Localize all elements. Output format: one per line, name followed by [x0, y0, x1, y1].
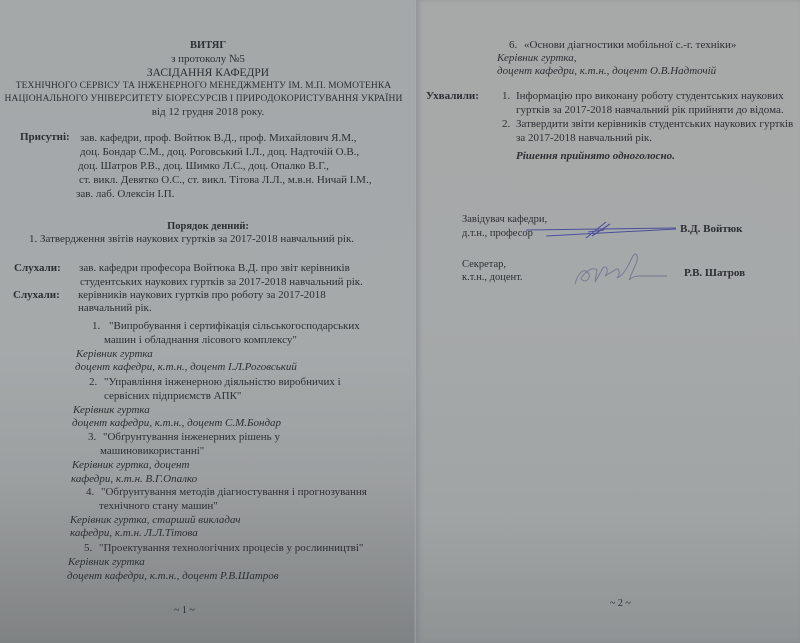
page-2: 6. «Основи діагностики мобільної с.-г. т… [416, 0, 800, 643]
heard-line: навчальний рік. [78, 302, 152, 315]
signatory-role: Секретар, [462, 258, 506, 271]
signatory-name: В.Д. Войтюк [680, 223, 742, 236]
heard-label: Слухали: [14, 262, 61, 274]
agenda-item: 1. Затвердження звітів наукових гуртків … [29, 233, 354, 246]
circle-title: технічного стану машин" [99, 500, 218, 513]
resolved-text: гуртків за 2017-2018 навчальний рік прий… [516, 104, 784, 117]
page-number: ~ 2 ~ [610, 597, 631, 610]
circle-title: "Управління інженерною діяльністю виробн… [104, 376, 341, 389]
document-spread: ВИТЯГ з протоколу №5 ЗАСІДАННЯ КАФЕДРИ Т… [0, 0, 800, 643]
university-name: НАЦІОНАЛЬНОГО УНІВЕРСИТЕТУ БІОРЕСУРСІВ І… [0, 93, 407, 106]
protocol-number: з протоколу №5 [0, 53, 416, 66]
circle-title: "Обґрунтування методів діагностування і … [101, 486, 367, 499]
circle-number: 4. [86, 486, 94, 499]
present-line: доц. Бондар С.М., доц. Роговський І.Л., … [80, 146, 359, 159]
circle-leader: доцент кафедри, к.т.н., доцент Р.В.Шатро… [67, 570, 279, 583]
circle-leader: Керівник гуртка [73, 404, 150, 417]
circle-number: 5. [84, 542, 92, 555]
signature-voitiuk-icon [526, 220, 686, 242]
circle-number: 2. [89, 376, 97, 389]
page-1: ВИТЯГ з протоколу №5 ЗАСІДАННЯ КАФЕДРИ Т… [0, 0, 416, 643]
resolved-text: за 2017-2018 навчальний рік. [516, 132, 652, 145]
heard-line: зав. кафедри професора Войтюка В.Д. про … [79, 262, 350, 275]
resolved-number: 2. [502, 118, 510, 131]
present-line: зав. кафедри, проф. Войтюк В.Д., проф. М… [80, 132, 357, 145]
circle-leader: кафедри, к.т.н. В.Г.Опалко [71, 473, 197, 486]
circle-leader: Керівник гуртка [68, 556, 145, 569]
present-label: Присутні: [20, 131, 70, 143]
circle-number: 1. [92, 320, 100, 333]
page-number: ~ 1 ~ [174, 604, 195, 617]
circle-title: "Випробування і сертифікація сільськогос… [109, 320, 360, 333]
circle-title: машин і обладнання лісового комплексу" [104, 334, 297, 347]
signatory-role: к.т.н., доцент. [462, 271, 523, 284]
heard-line: студентських наукових гуртків за 2017-20… [80, 276, 363, 289]
circle-leader: доцент кафедри, к.т.н., доцент І.Л.Рогов… [75, 361, 297, 374]
resolved-number: 1. [502, 90, 510, 103]
circle-leader: Керівник гуртка [76, 348, 153, 361]
circle-leader: Керівник гуртка, старший викладач [70, 514, 241, 527]
present-line: ст. викл. Девятко О.С., ст. викл. Тітова… [79, 174, 371, 187]
doc-title: ВИТЯГ [0, 39, 416, 52]
heard-line: керівників наукових гуртків про роботу з… [78, 289, 326, 302]
circle-title: «Основи діагностики мобільної с.-г. техн… [524, 39, 736, 52]
circle-title: "Проектування технологічних процесів у р… [99, 542, 363, 555]
signatory-name: Р.В. Шатров [684, 267, 745, 280]
circle-title: "Обґрунтування інженерних рішень у [103, 431, 280, 444]
circle-number: 6. [509, 39, 517, 52]
circle-leader: доцент кафедри, к.т.н., доцент С.М.Бонда… [72, 417, 281, 430]
circle-number: 3. [88, 431, 96, 444]
circle-leader: Керівник гуртка, [497, 52, 577, 65]
decision-text: Рішення прийнято одноголосно. [516, 150, 675, 163]
circle-title: машиновикористанні" [100, 445, 204, 458]
circle-title: сервісних підприємств АПК" [104, 390, 241, 403]
present-line: зав. лаб. Олексін І.П. [76, 188, 174, 201]
present-line: доц. Шатров Р.В., доц. Шимко Л.С., доц. … [78, 160, 329, 173]
resolved-text: Затвердити звіти керівників студентських… [516, 118, 793, 131]
resolved-label: Ухвалили: [426, 90, 479, 102]
heard-label: Слухали: [13, 289, 60, 301]
meeting-date: від 12 грудня 2018 року. [0, 106, 416, 119]
agenda-title: Порядок денний: [0, 220, 416, 233]
meeting-heading: ЗАСІДАННЯ КАФЕДРИ [0, 67, 416, 80]
signatory-role: д.т.н., професор [462, 227, 533, 240]
circle-leader: доцент кафедри, к.т.н., доцент О.В.Надто… [497, 65, 716, 78]
signature-shatrov-icon [571, 248, 681, 290]
resolved-text: Інформацію про виконану роботу студентсь… [516, 90, 784, 103]
department-name: ТЕХНІЧНОГО СЕРВІСУ ТА ІНЖЕНЕРНОГО МЕНЕДЖ… [0, 80, 407, 93]
circle-leader: кафедри, к.т.н. Л.Л.Тітова [70, 527, 198, 540]
circle-leader: Керівник гуртка, доцент [72, 459, 189, 472]
